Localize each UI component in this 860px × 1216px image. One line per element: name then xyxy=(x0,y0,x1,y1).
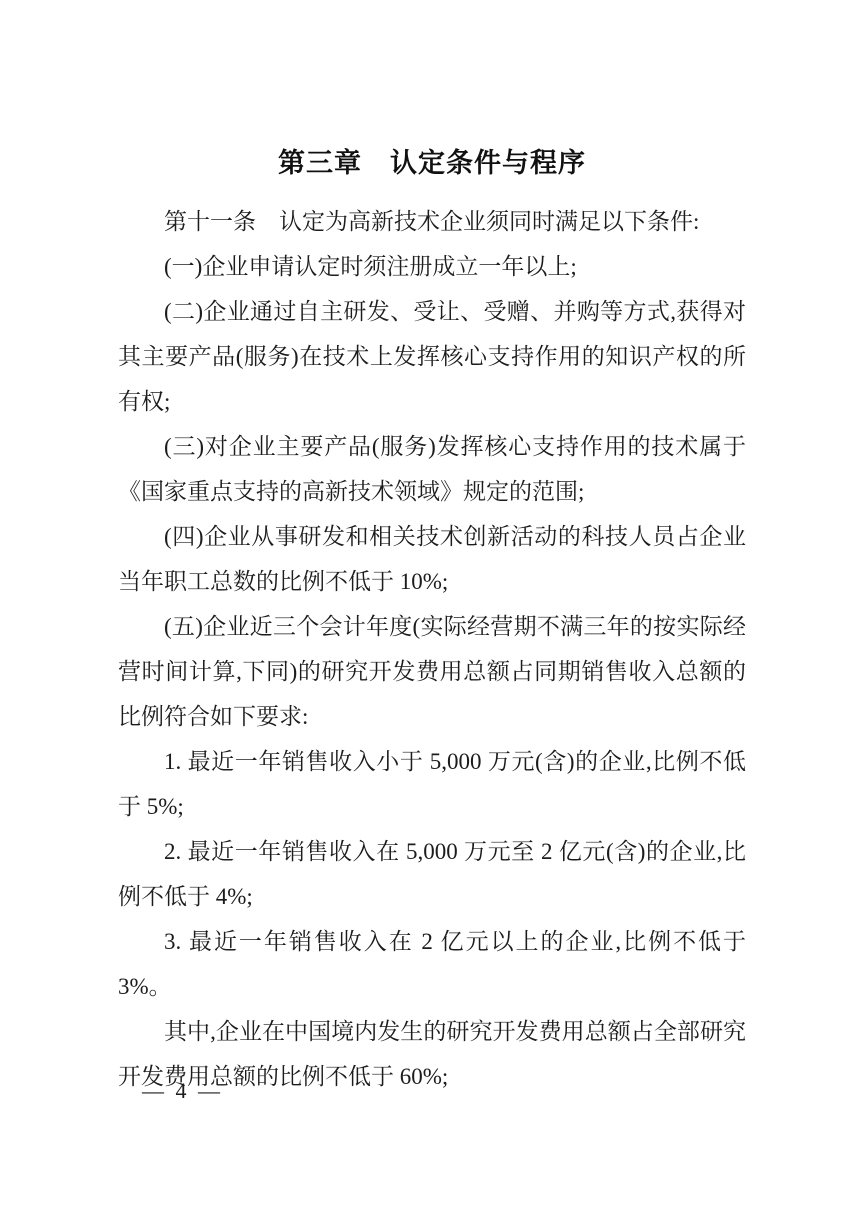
chapter-title: 第三章 认定条件与程序 xyxy=(118,143,746,183)
ratio-rule-3: 3. 最近一年销售收入在 2 亿元以上的企业,比例不低于 3%。 xyxy=(118,919,746,1009)
condition-item-1: (一)企业申请认定时须注册成立一年以上; xyxy=(118,244,746,289)
page-number: — 4 — xyxy=(142,1078,223,1104)
document-page: 第三章 认定条件与程序 第十一条 认定为高新技术企业须同时满足以下条件: (一)… xyxy=(0,0,860,1216)
article-11-intro: 第十一条 认定为高新技术企业须同时满足以下条件: xyxy=(118,199,746,244)
condition-item-3: (三)对企业主要产品(服务)发挥核心支持作用的技术属于《国家重点支持的高新技术领… xyxy=(118,424,746,514)
condition-item-5: (五)企业近三个会计年度(实际经营期不满三年的按实际经营时间计算,下同)的研究开… xyxy=(118,604,746,739)
document-content: 第三章 认定条件与程序 第十一条 认定为高新技术企业须同时满足以下条件: (一)… xyxy=(118,143,746,1099)
condition-item-4: (四)企业从事研发和相关技术创新活动的科技人员占企业当年职工总数的比例不低于 1… xyxy=(118,514,746,604)
ratio-rule-2: 2. 最近一年销售收入在 5,000 万元至 2 亿元(含)的企业,比例不低于 … xyxy=(118,829,746,919)
ratio-rule-1: 1. 最近一年销售收入小于 5,000 万元(含)的企业,比例不低于 5%; xyxy=(118,739,746,829)
condition-item-2: (二)企业通过自主研发、受让、受赠、并购等方式,获得对其主要产品(服务)在技术上… xyxy=(118,289,746,424)
